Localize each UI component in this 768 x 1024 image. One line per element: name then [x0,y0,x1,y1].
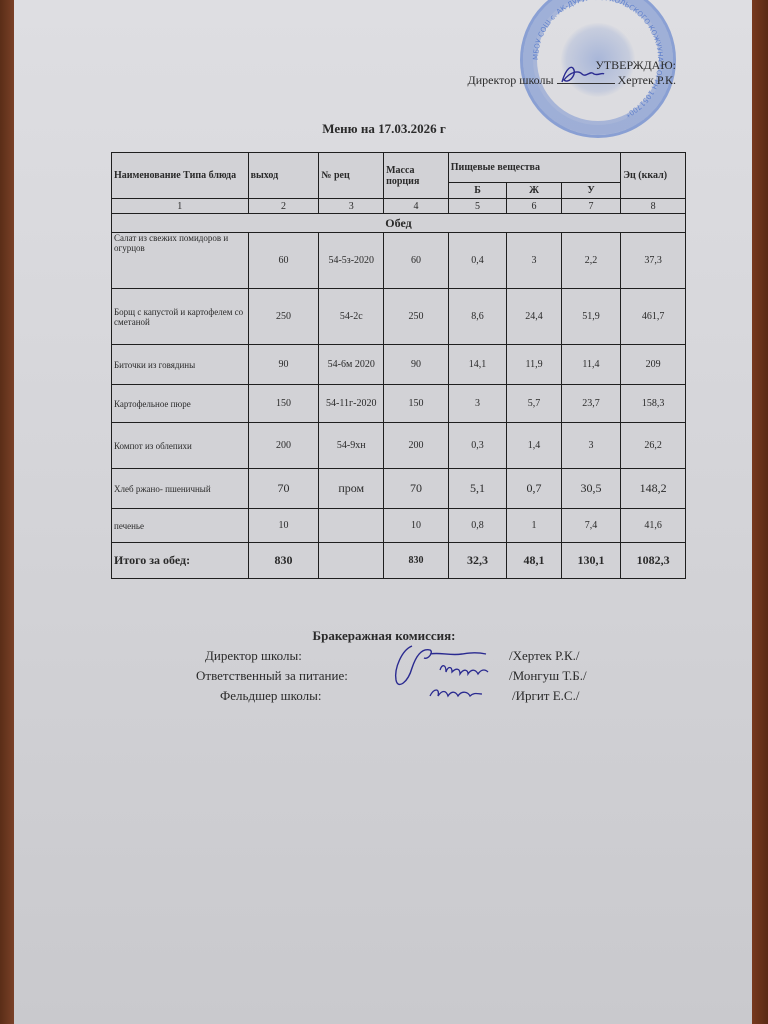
commission-role: Фельдшер школы: [220,688,321,704]
column-number: 5 [448,199,507,214]
table-row: печенье10100,817,441,6 [112,509,686,543]
dish-name: Компот из облепихи [112,423,249,469]
cell-output: 200 [248,423,319,469]
menu-table: Наименование Типа блюда выход № рец Масс… [111,152,686,579]
cell-fat: 1,4 [507,423,561,469]
cell-energy: 461,7 [621,289,686,345]
cell-mass: 200 [384,423,449,469]
cell-energy: 26,2 [621,423,686,469]
cell-recipe: пром [319,469,384,509]
cell-output: 10 [248,509,319,543]
wooden-surface-right [750,0,768,1024]
header-portion-mass: Масса порция [384,153,449,199]
cell-mass: 90 [384,345,449,385]
approval-name: Хертек Р.К. [618,73,676,87]
total-recipe [319,543,384,579]
wooden-surface-left [0,0,14,1024]
cell-carbs: 2,2 [561,233,621,289]
cell-mass: 250 [384,289,449,345]
table-row: Компот из облепихи20054-9хн2000,31,4326,… [112,423,686,469]
cell-protein: 3 [448,385,507,423]
cell-recipe: 54-9хн [319,423,384,469]
cell-protein: 14,1 [448,345,507,385]
cell-output: 90 [248,345,319,385]
table-row: Биточки из говядины9054-6м 20209014,111,… [112,345,686,385]
header-fat: Ж [507,183,561,199]
commission-role: Ответственный за питание: [196,668,348,684]
column-number: 3 [319,199,384,214]
table-row: Салат из свежих помидоров и огурцов6054-… [112,233,686,289]
column-number: 7 [561,199,621,214]
total-output: 830 [248,543,319,579]
column-number: 6 [507,199,561,214]
total-carbs: 130,1 [561,543,621,579]
cell-carbs: 23,7 [561,385,621,423]
cell-recipe: 54-11г-2020 [319,385,384,423]
table-row: Хлеб ржано- пшеничный70пром705,10,730,51… [112,469,686,509]
cell-carbs: 3 [561,423,621,469]
cell-energy: 158,3 [621,385,686,423]
header-nutrients: Пищевые вещества [448,153,620,183]
cell-protein: 0,4 [448,233,507,289]
approval-position: Директор школы [468,73,554,87]
cell-protein: 0,3 [448,423,507,469]
cell-protein: 0,8 [448,509,507,543]
header-carbs: У [561,183,621,199]
section-row: Обед [112,214,686,233]
header-output: выход [248,153,319,199]
cell-protein: 5,1 [448,469,507,509]
cell-fat: 11,9 [507,345,561,385]
cell-mass: 60 [384,233,449,289]
total-energy: 1082,3 [621,543,686,579]
cell-recipe: 54-5з-2020 [319,233,384,289]
cell-output: 250 [248,289,319,345]
cell-carbs: 7,4 [561,509,621,543]
total-row: Итого за обед: 830 830 32,3 48,1 130,1 1… [112,543,686,579]
cell-mass: 10 [384,509,449,543]
cell-recipe: 54-6м 2020 [319,345,384,385]
dish-name: Картофельное пюре [112,385,249,423]
column-numbers-row: 1 2 3 4 5 6 7 8 [112,199,686,214]
dish-name: печенье [112,509,249,543]
dish-name: Салат из свежих помидоров и огурцов [112,233,249,289]
column-number: 1 [112,199,249,214]
column-number: 4 [384,199,449,214]
cell-carbs: 51,9 [561,289,621,345]
dish-name: Борщ с капустой и картофелем со сметаной [112,289,249,345]
cell-fat: 5,7 [507,385,561,423]
cell-mass: 70 [384,469,449,509]
header-energy: Эц (ккал) [621,153,686,199]
header-recipe-number: № рец [319,153,384,199]
total-mass: 830 [384,543,449,579]
cell-fat: 0,7 [507,469,561,509]
cell-energy: 148,2 [621,469,686,509]
cell-output: 150 [248,385,319,423]
cell-output: 60 [248,233,319,289]
director-signature-icon [556,62,606,86]
cell-energy: 41,6 [621,509,686,543]
cell-carbs: 30,5 [561,469,621,509]
cell-fat: 1 [507,509,561,543]
cell-output: 70 [248,469,319,509]
commission-title: Бракеражная комиссия: [0,628,768,644]
cell-fat: 24,4 [507,289,561,345]
cell-recipe [319,509,384,543]
dish-name: Биточки из говядины [112,345,249,385]
commission-member-name: /Монгуш Т.Б./ [509,668,587,684]
cell-fat: 3 [507,233,561,289]
column-number: 8 [621,199,686,214]
total-fat: 48,1 [507,543,561,579]
table-row: Борщ с капустой и картофелем со сметаной… [112,289,686,345]
header-dish-name: Наименование Типа блюда [112,153,249,199]
header-protein: Б [448,183,507,199]
commission-role: Директор школы: [205,648,302,664]
commission-member-name: /Хертек Р.К./ [509,648,580,664]
column-number: 2 [248,199,319,214]
cell-energy: 209 [621,345,686,385]
section-title: Обед [112,214,686,233]
total-protein: 32,3 [448,543,507,579]
commission-member-name: /Иргит Е.С./ [512,688,579,704]
total-label: Итого за обед: [112,543,249,579]
cell-recipe: 54-2с [319,289,384,345]
cell-energy: 37,3 [621,233,686,289]
table-row: Картофельное пюре15054-11г-202015035,723… [112,385,686,423]
commission-signatures-icon [390,638,510,708]
menu-title: Меню на 17.03.2026 г [0,121,768,137]
cell-mass: 150 [384,385,449,423]
cell-carbs: 11,4 [561,345,621,385]
dish-name: Хлеб ржано- пшеничный [112,469,249,509]
cell-protein: 8,6 [448,289,507,345]
